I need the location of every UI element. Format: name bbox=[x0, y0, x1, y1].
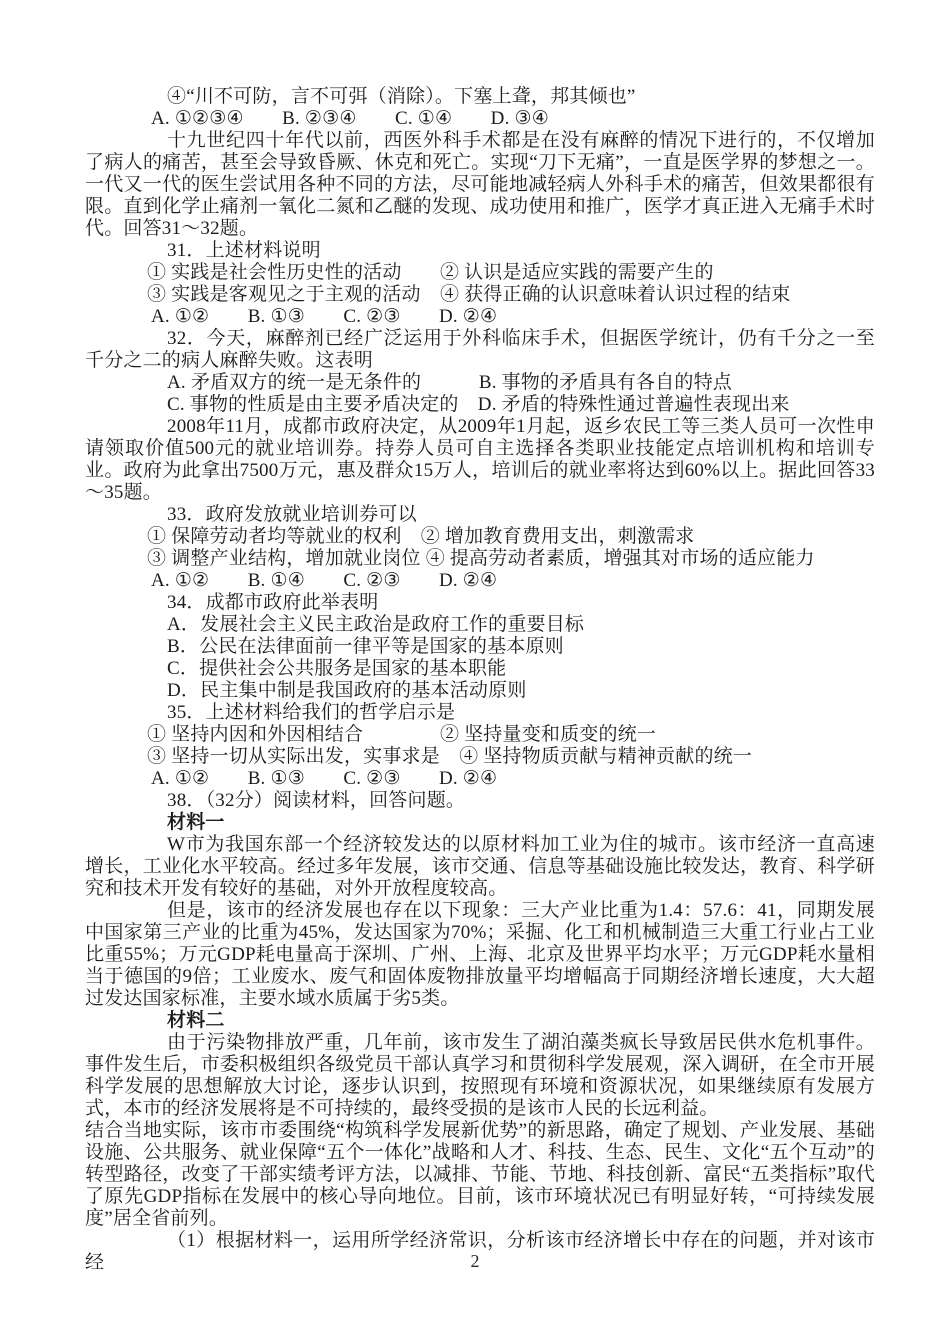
material-1-para-2: 但是，该市的经济发展也存在以下现象：三大产业比重为1.4：57.6：41，同期发… bbox=[85, 900, 875, 1010]
material-2-heading: 材料二 bbox=[85, 1010, 875, 1032]
material-2-para-1: 由于污染物排放严重，几年前，该市发生了湖泊藻类疯长导致居民供水危机事件。事件发生… bbox=[85, 1032, 875, 1120]
q34-option-b: B．公民在法律面前一律平等是国家的基本原则 bbox=[85, 636, 875, 658]
q34-option-a: A．发展社会主义民主政治是政府工作的重要目标 bbox=[85, 614, 875, 636]
q33-options-3-4: ③ 调整产业结构，增加就业岗位 ④ 提高劳动者素质，增强其对市场的适应能力 bbox=[85, 548, 875, 570]
q33-options-1-2: ① 保障劳动者均等就业的权利 ② 增加教育费用支出，刺激需求 bbox=[85, 526, 875, 548]
q31-options-3-4: ③ 实践是客观见之于主观的活动 ④ 获得正确的认识意味着认识过程的结束 bbox=[85, 284, 875, 306]
q35-options-1-2: ① 坚持内因和外因相结合 ② 坚持量变和质变的统一 bbox=[85, 724, 875, 746]
q31-answer-row: A. ①② B. ①③ C. ②③ D. ②④ bbox=[85, 306, 875, 328]
q31-options-1-2: ① 实践是社会性历史性的活动 ② 认识是适应实践的需要产生的 bbox=[85, 262, 875, 284]
q32-options-a-b: A. 矛盾双方的统一是无条件的 B. 事物的矛盾具有各自的特点 bbox=[85, 372, 875, 394]
exam-document-page: ④“川不可防，言不可弭（消除）。下塞上聋，邦其倾也”A. ①②③④ B. ②③④… bbox=[85, 86, 875, 1274]
question-33-stem: 33．政府发放就业培训券可以 bbox=[85, 504, 875, 526]
question-34-stem: 34．成都市政府此举表明 bbox=[85, 592, 875, 614]
question-31-stem: 31．上述材料说明 bbox=[85, 240, 875, 262]
answer-row-top: A. ①②③④ B. ②③④ C. ①④ D. ③④ bbox=[85, 108, 875, 130]
material-2-para-2: 结合当地实际，该市市委围绕“构筑科学发展新优势”的新思路，确定了规划、产业发展、… bbox=[85, 1120, 875, 1230]
q32-options-c-d: C. 事物的性质是由主要矛盾决定的 D. 矛盾的特殊性通过普遍性表现出来 bbox=[85, 394, 875, 416]
material-1-heading: 材料一 bbox=[85, 812, 875, 834]
question-35-stem: 35．上述材料给我们的哲学启示是 bbox=[85, 702, 875, 724]
q33-answer-row: A. ①② B. ①④ C. ②③ D. ②④ bbox=[85, 570, 875, 592]
material-1-para-1: W市为我国东部一个经济较发达的以原材料加工业为住的城市。该市经济一直高速增长，工… bbox=[85, 834, 875, 900]
page-number: 2 bbox=[0, 1250, 950, 1272]
option-4-quote-line: ④“川不可防，言不可弭（消除）。下塞上聋，邦其倾也” bbox=[85, 86, 875, 108]
q34-option-c: C．提供社会公共服务是国家的基本职能 bbox=[85, 658, 875, 680]
question-38-stem: 38．（32分）阅读材料，回答问题。 bbox=[85, 790, 875, 812]
q34-option-d: D．民主集中制是我国政府的基本活动原则 bbox=[85, 680, 875, 702]
question-32-stem: 32．今天，麻醉剂已经广泛运用于外科临床手术，但据医学统计，仍有千分之一至千分之… bbox=[85, 328, 875, 372]
q35-options-3-4: ③ 坚持一切从实际出发，实事求是 ④ 坚持物质贡献与精神贡献的统一 bbox=[85, 746, 875, 768]
q35-answer-row: A. ①② B. ①③ C. ②③ D. ②④ bbox=[85, 768, 875, 790]
passage-anesthesia: 十九世纪四十年代以前，西医外科手术都是在没有麻醉的情况下进行的，不仅增加了病人的… bbox=[85, 130, 875, 240]
passage-chengdu-training: 2008年11月，成都市政府决定，从2009年1月起，返乡农民工等三类人员可一次… bbox=[85, 416, 875, 504]
